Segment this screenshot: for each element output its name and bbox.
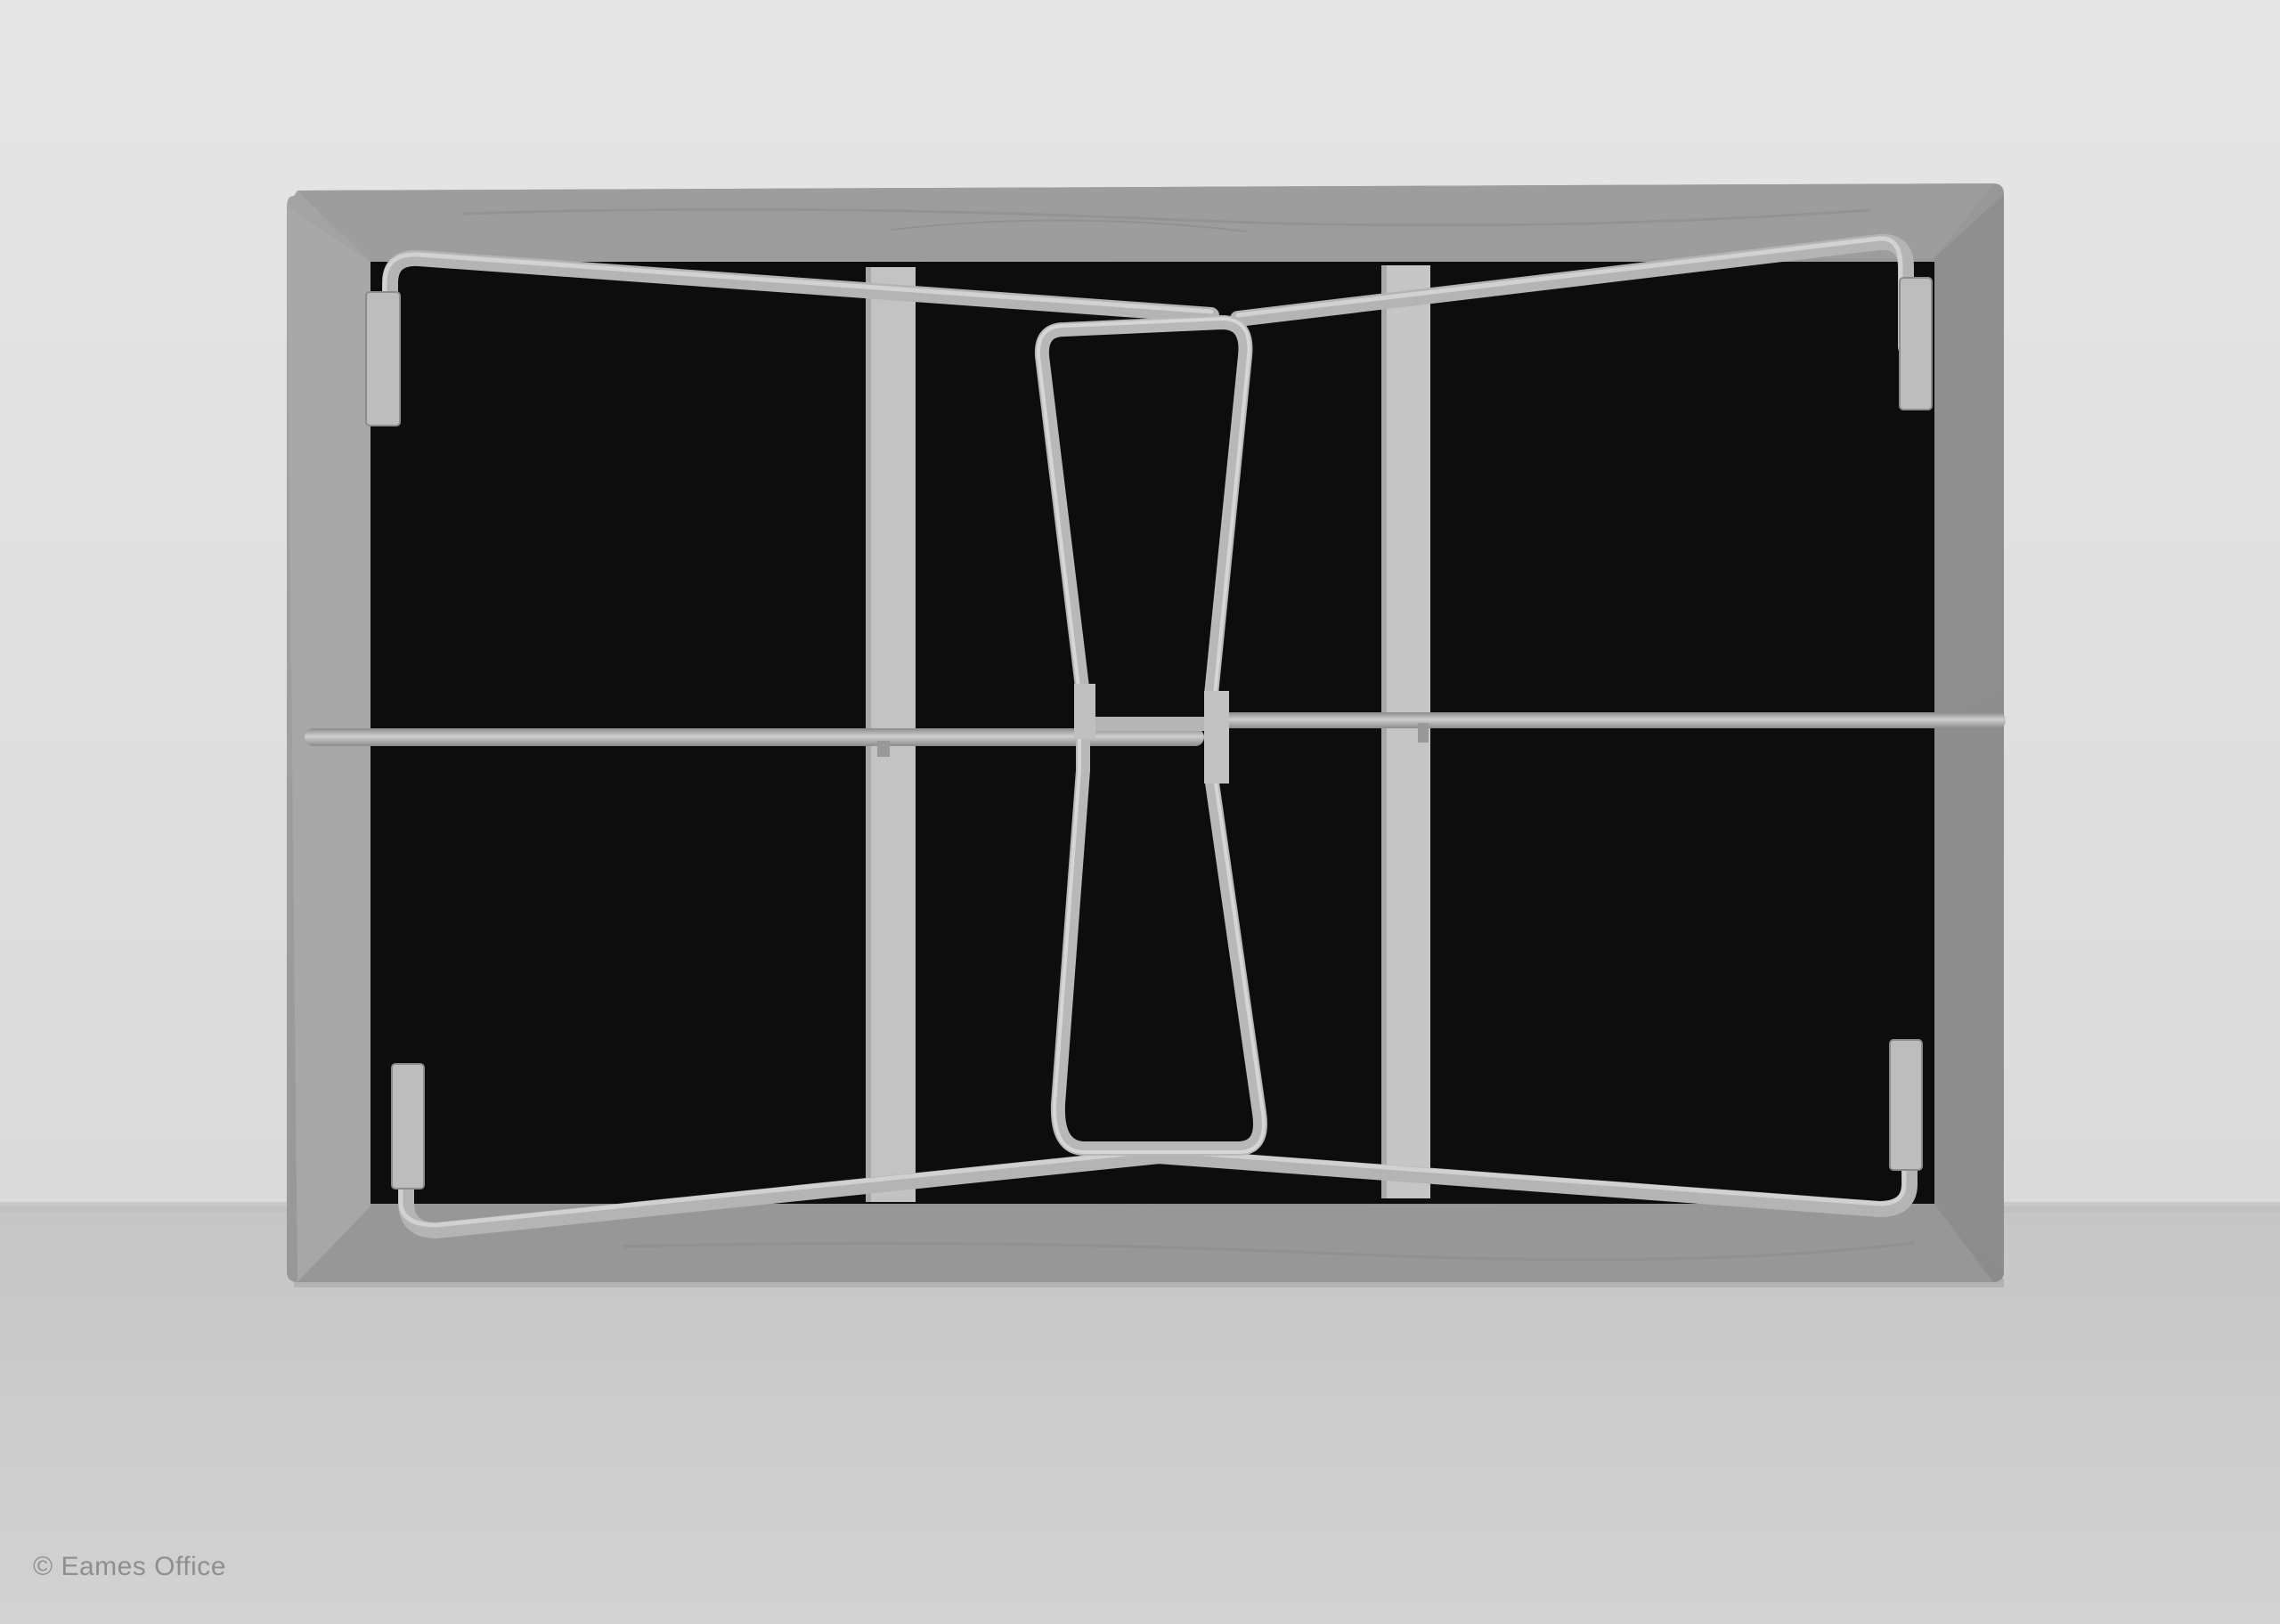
photo-credit: © Eames Office	[33, 1552, 226, 1582]
photograph	[0, 0, 2280, 1624]
